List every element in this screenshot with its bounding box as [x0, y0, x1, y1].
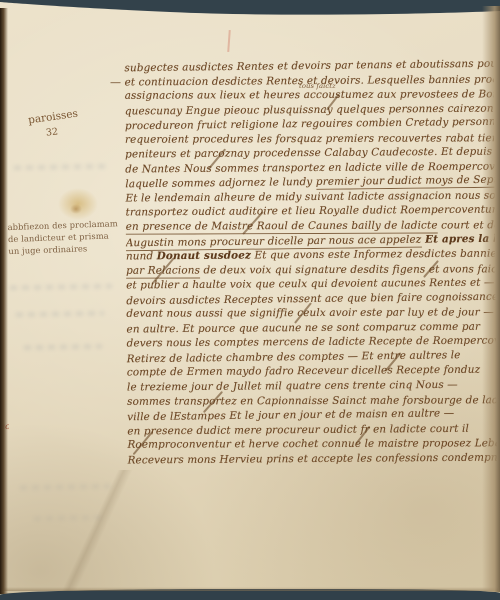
manuscript-text-segment: devant nous aussi que signiffie ceulx av…	[126, 307, 494, 320]
manuscript-text-segment: compte de Ermen maydo fadro Receveur dic…	[127, 364, 480, 379]
manuscript-line: par Relacions de deux voix qui signature…	[126, 262, 495, 278]
manuscript-text-segment: transportez oudict auditoire et lieu Roy…	[126, 204, 495, 219]
manuscript-text-segment: requeroient procedures les forsquaz prem…	[125, 131, 494, 145]
margin-note-paroisses-number: 32	[45, 126, 58, 138]
manuscript-line: Roemproconventur et herve cochet connue …	[127, 436, 496, 452]
page-gutter-edge	[0, 8, 8, 594]
leading-dash: —	[110, 76, 121, 89]
manuscript-text-segment: le trezieme jour de Jullet mil quatre ce…	[127, 379, 458, 394]
manuscript-scan: subgectes ausdictes Rentes et devoirs pa…	[0, 0, 500, 600]
manuscript-line: le trezieme jour de Jullet mil quatre ce…	[127, 378, 496, 395]
manuscript-text-segment: ville de lEstampes Et le jour en jour et…	[127, 407, 454, 423]
manuscript-text-segment: Retirez de ladicte chambre des comptes —…	[127, 349, 461, 365]
manuscript-text-segment: et publier a haulte voix que ceulx qui d…	[126, 277, 494, 292]
text-block: subgectes ausdictes Rentes et devoirs pa…	[124, 58, 496, 468]
page-right-edge-shadow	[482, 6, 500, 592]
manuscript-text-segment: en aultre. Et pource que aucune ne se so…	[126, 321, 480, 336]
manuscript-text-segment: nund	[126, 250, 157, 262]
manuscript-line: devant nous aussi que signiffie ceulx av…	[126, 306, 495, 322]
manuscript-text-segment: Et que avons este Informez desdictes ban…	[251, 247, 495, 261]
ink-stain-spot	[70, 204, 82, 214]
margin-note: abbfiezon des proclamamde landicteur et …	[7, 218, 128, 258]
manuscript-text-segment: Et le lendemain alheure de midy suivant …	[125, 189, 494, 204]
manuscript-text-segment: de deux voix qui signature desdits figen…	[200, 263, 495, 276]
page-bottom-edge-shadow	[4, 587, 498, 591]
interline-annotation: tous faictz	[299, 82, 336, 90]
manuscript-text-segment: Roemproconventur et herve cochet connue …	[127, 437, 496, 451]
manuscript-line: requeroient procedures les forsquaz prem…	[125, 131, 494, 147]
manuscript-line: Receveurs mons Hervieu prins et accepte …	[127, 450, 496, 467]
manuscript-text-segment: laquelle sommes adjornez le lundy	[125, 176, 316, 190]
manuscript-text-segment: en presence dudict mere procureur oudict…	[127, 422, 469, 437]
backdrop-top-band	[0, 0, 500, 22]
manuscript-text-segment: assignacions aux lieux et heures accoust…	[125, 88, 494, 102]
manuscript-text-segment: Receveurs mons Hervieu prins et accepte …	[127, 451, 496, 466]
manuscript-text-segment: peniteurs et parcoznay procedensse Calab…	[125, 145, 494, 161]
manuscript-text-segment: subgectes ausdictes Rentes et devoirs pa…	[124, 57, 493, 75]
manuscript-text-segment: sommes transportez en Capionnaisse Sainc…	[127, 394, 496, 408]
